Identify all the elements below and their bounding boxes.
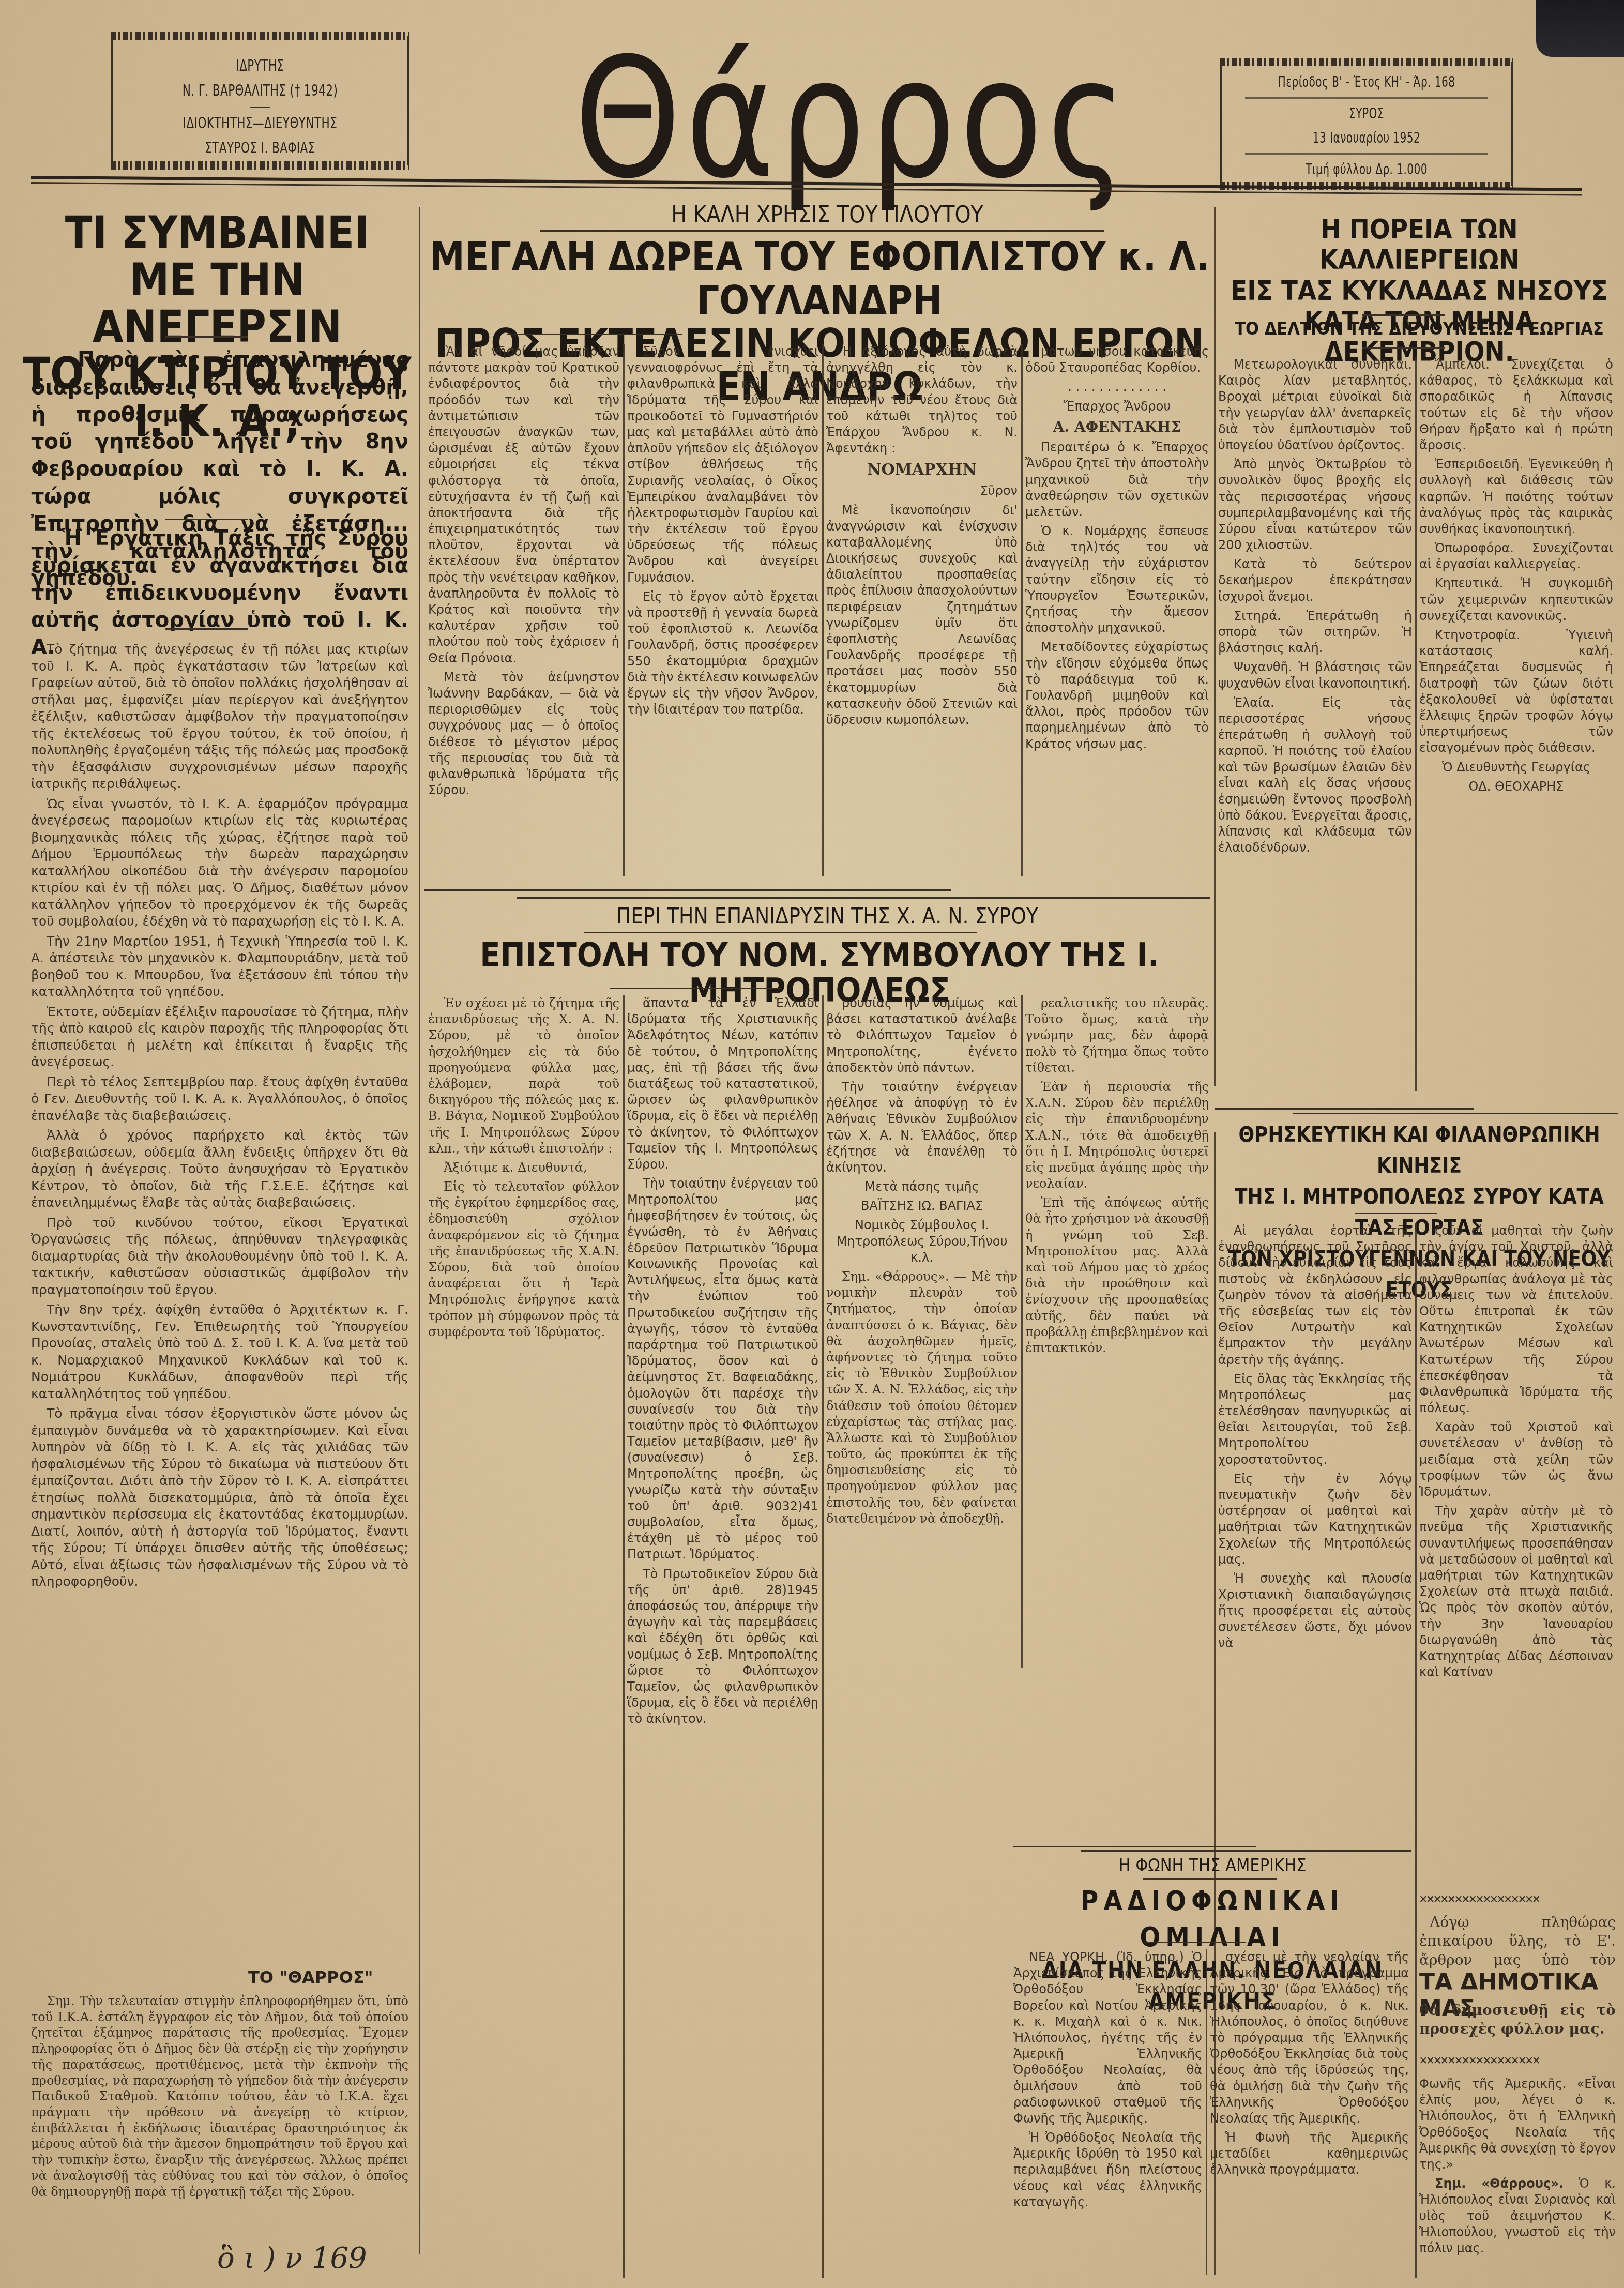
left-note: Σημ. Τὴν τελευταίαν στιγμὴν ἐπληροφορήθη… [31, 1993, 408, 2262]
radio-col-2: σχέσει μὲ τὴν νεολαίαν τῆς Ἀμερικῆς. Εἰς… [1210, 1949, 1409, 2275]
divider [1355, 1213, 1437, 1214]
column-divider [822, 995, 824, 2278]
section-rule [1013, 1846, 1256, 1847]
section-rule [424, 889, 951, 891]
divider [540, 230, 1104, 232]
religious-col-2: ζοῦν οἱ μαθηταὶ τὴν ζωὴν τὴν ἁγίαν τοῦ Χ… [1419, 1223, 1613, 1905]
column-divider [1415, 1781, 1417, 2278]
divider [1362, 347, 1445, 349]
xan-col-3: ρουσίας ἢν νομίμως καὶ βάσει καταστατικο… [826, 995, 1018, 2278]
divider [165, 336, 248, 338]
city: ΣΥΡΟΣ [1251, 105, 1482, 123]
xan-col-2: ἅπαντα τὰ ἐν Ἑλλάδι ἱδρύματα τῆς Χριστια… [627, 995, 818, 2278]
donation-col-3: Ἡ ἀξιόλογος αὐτὴ δωρεὰ ἀνηγγέλθη εἰς τὸν… [826, 344, 1018, 879]
xan-col-1: Ἐν σχέσει μὲ τὸ ζήτημα τῆς ἐπανιδρύσεως … [428, 995, 619, 2278]
column-divider [1021, 344, 1023, 876]
divider [165, 628, 248, 630]
xan-kicker: ΠΕΡΙ ΤΗΝ ΕΠΑΝΙΔΡΥΣΙΝ ΤΗΣ Χ. Α. Ν. ΣΥΡΟΥ [465, 905, 1189, 928]
agri-subheadline: ΤΟ ΔΕΛΤΙΟΝ ΤΗΣ ΔΙΕΥΘΥΝΣΕΩΣ ΓΕΩΡΓΙΑΣ [1215, 320, 1623, 338]
owner-label: ΙΔΙΟΚΤΗΤΗΣ—ΔΙΕΥΘΥΝΤΗΣ [142, 114, 378, 133]
notice-after: θὰ δημοσιευθῇ εἰς τὸ προσεχὲς φύλλον μας… [1419, 2001, 1616, 2042]
agri-col-1: Μετεωρολογικαὶ συνθῆκαι. Καιρὸς λίαν μετ… [1218, 357, 1412, 1091]
founder-name: Ν. Γ. ΒΑΡΘΑΛΙΤΗΣ († 1942) [142, 82, 378, 100]
divider [584, 932, 977, 933]
issue-info: Περίοδος Β' - Έτος ΚΗ' - Άρ. 168 [1251, 73, 1482, 91]
section-rule [1293, 1113, 1618, 1114]
divider [610, 988, 781, 989]
left-article-body: Τὸ ζήτημα τῆς ἀνεγέρσεως ἐν τῇ πόλει μας… [31, 641, 408, 1846]
section-rule [517, 897, 1210, 899]
column-divider [623, 995, 625, 2278]
religious-col-1 [1025, 1670, 1209, 1722]
issue-date: 13 Ιανουαρίου 1952 [1251, 129, 1482, 147]
divider [1143, 1942, 1246, 1943]
binder-clip [1536, 0, 1624, 57]
agri-col-2: Ἄμπελοι. Συνεχίζεται ὁ κάθαρος, τὸ ξελάκ… [1419, 357, 1613, 1091]
donation-col-2: Σῦρον ἐνισχύει γενναιοφρόνως ἐπὶ ἔτη τὰ … [627, 344, 818, 879]
section-rule [1215, 1108, 1474, 1110]
column-divider [1415, 1223, 1417, 1781]
divider [165, 519, 248, 520]
price: Τιμή φύλλου Δρ. 1.000 [1251, 161, 1482, 178]
masthead-right-box: Περίοδος Β' - Έτος ΚΗ' - Άρ. 168 ΣΥΡΟΣ 1… [1220, 62, 1513, 186]
separator: ××××××××××××××××× [1419, 2053, 1539, 2068]
section-rule [1081, 1850, 1411, 1852]
radio-col-1: ΝΕΑ ΥΟΡΚΗ. (Ἰδ. ὑπηρ.) Ὁ Ἀρχιεπίσκοπος τ… [1013, 1949, 1202, 2275]
handwritten-mark: ὃ ι ) ν 169 [217, 2241, 367, 2275]
column-divider [822, 344, 824, 876]
divider [1362, 314, 1445, 316]
column-divider [623, 344, 625, 876]
left-signature: ΤΟ "ΘΑΡΡΟΣ" [248, 1967, 373, 1987]
founder-label: ΙΔΡΥΤΗΣ [142, 57, 378, 75]
xan-col-4: ρεαλιστικῆς του πλευρᾶς. Τοῦτο ὅμως, κατ… [1025, 995, 1209, 1668]
divider [507, 334, 682, 335]
column-divider [1206, 1949, 1207, 2275]
column-divider [1021, 995, 1023, 1668]
donation-kicker: Η ΚΑΛΗ ΧΡΗΣΙΣ ΤΟΥ ΠΛΟΥΤΟΥ [465, 203, 1189, 228]
donation-col-1: Ἂν αἱ νῆσοί μας ὑπῆρξαν πάντοτε μακρὰν τ… [428, 344, 619, 879]
notice-continued: Φωνῆς τῆς Ἀμερικῆς. «Εἶναι ἐλπίς μου, λέ… [1419, 2076, 1616, 2278]
notice-text: Λόγῳ πληθώρας ἐπικαίρου ὕλης, τὸ Ε'. ἄρθ… [1419, 1913, 1616, 1970]
column-divider [419, 207, 420, 2254]
agri-headline: Η ΠΟΡΕΙΑ ΤΩΝ ΚΑΛΛΙΕΡΓΕΙΩΝ ΕΙΣ ΤΑΣ ΚΥΚΛΑΔ… [1218, 215, 1621, 368]
newspaper-title: Θάρρος [574, 36, 1049, 202]
radio-kicker: Η ΦΩΝΗ ΤΗΣ ΑΜΕΡΙΚΗΣ [1013, 1856, 1411, 1875]
religious-col-1: Αἱ μεγάλαι ἑορταὶ τῆς ἐνανθρωπήσεως τοῦ … [1218, 1223, 1412, 1781]
divider [1143, 1878, 1277, 1880]
masthead-left-box: ΙΔΡΥΤΗΣ Ν. Γ. ΒΑΡΘΑΛΙΤΗΣ († 1942) ΙΔΙΟΚΤ… [111, 36, 409, 165]
owner-name: ΣΤΑΥΡΟΣ Ι. ΒΑΦΙΑΣ [142, 139, 378, 158]
column-divider [1415, 357, 1417, 1091]
donation-col-4: ματων νήσου κατασκευῆς ὁδοῦ Σταυροπέδας … [1025, 344, 1209, 879]
separator: ××××××××××××××××× [1419, 1891, 1539, 1907]
